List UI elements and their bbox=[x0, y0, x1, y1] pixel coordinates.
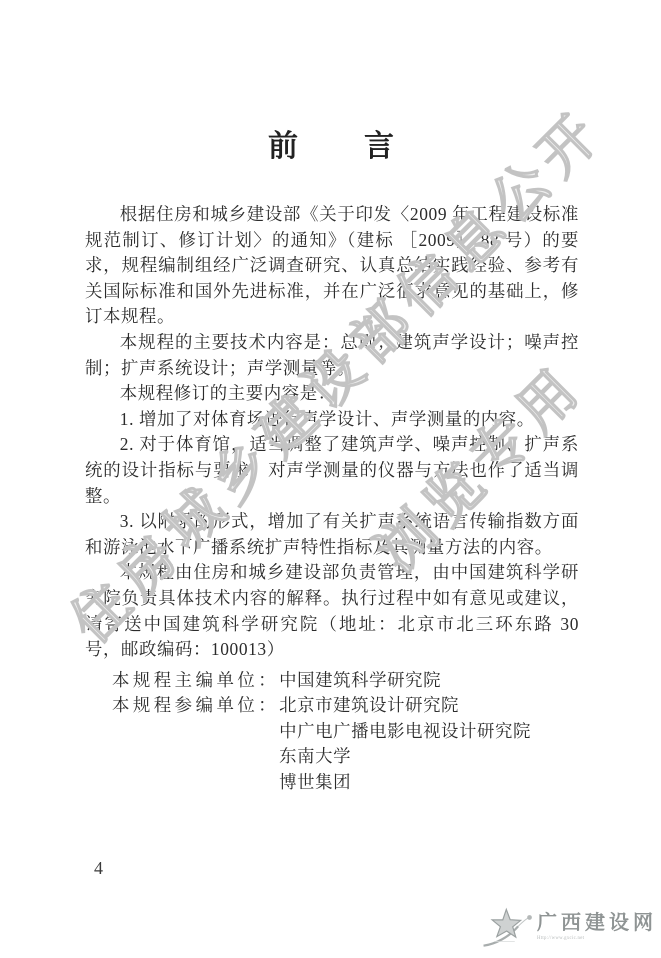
site-logo-text: 广西建设网 Http://www.gxcic.net bbox=[537, 912, 657, 944]
participant-unit: 博世集团 bbox=[279, 770, 531, 796]
site-logo: 广西建设网 Http://www.gxcic.net bbox=[481, 906, 657, 950]
participant-editor-label: 本规程参编单位： bbox=[112, 693, 279, 719]
participant-unit: 东南大学 bbox=[279, 744, 531, 770]
paragraph-7: 本规程由住房和城乡建设部负责管理，由中国建筑科学研究院负责具体技术内容的解释。执… bbox=[85, 560, 579, 662]
page-content: 前 言 根据住房和城乡建设部《关于印发〈2009 年工程建设标准规范制订、修订计… bbox=[85, 130, 579, 796]
participant-unit: 中广电广播电影电视设计研究院 bbox=[279, 719, 531, 745]
page-title: 前 言 bbox=[85, 130, 579, 164]
chief-editor-unit: 中国建筑科学研究院 bbox=[279, 668, 441, 694]
site-name: 广西建设网 bbox=[537, 912, 657, 934]
paragraph-5: 2. 对于体育馆，适当调整了建筑声学、噪声控制、扩声系统的设计指标与要求，对声学… bbox=[85, 432, 579, 509]
site-subtitle: Http://www.gxcic.net bbox=[537, 935, 609, 940]
document-page: 住房城乡建设部信息公开 浏览专用 前 言 根据住房和城乡建设部《关于印发〈200… bbox=[0, 0, 661, 958]
chief-editor-label: 本规程主编单位： bbox=[112, 668, 279, 694]
paragraph-4: 1. 增加了对体育场进行声学设计、声学测量的内容。 bbox=[85, 407, 579, 433]
chief-editor-row: 本规程主编单位： 中国建筑科学研究院 bbox=[112, 668, 579, 694]
body-paragraphs: 根据住房和城乡建设部《关于印发〈2009 年工程建设标准规范制订、修订计划〉的通… bbox=[85, 202, 579, 663]
paragraph-6: 3. 以附录的形式，增加了有关扩声系统语言传输指数方面和游泳池水下广播系统扩声特… bbox=[85, 509, 579, 560]
editors-section: 本规程主编单位： 中国建筑科学研究院 本规程参编单位： 北京市建筑设计研究院 中… bbox=[85, 668, 579, 796]
page-number: 4 bbox=[94, 858, 103, 879]
participant-unit: 北京市建筑设计研究院 bbox=[279, 693, 531, 719]
participant-editor-row: 本规程参编单位： 北京市建筑设计研究院 中广电广播电影电视设计研究院 东南大学 … bbox=[112, 693, 579, 795]
paragraph-2: 本规程的主要技术内容是：总则；建筑声学设计；噪声控制；扩声系统设计；声学测量等。 bbox=[85, 330, 579, 381]
shooting-star-icon bbox=[481, 906, 535, 950]
paragraph-1: 根据住房和城乡建设部《关于印发〈2009 年工程建设标准规范制订、修订计划〉的通… bbox=[85, 202, 579, 330]
participant-unit-list: 北京市建筑设计研究院 中广电广播电影电视设计研究院 东南大学 博世集团 bbox=[279, 693, 531, 795]
paragraph-3: 本规程修订的主要内容是： bbox=[85, 381, 579, 407]
